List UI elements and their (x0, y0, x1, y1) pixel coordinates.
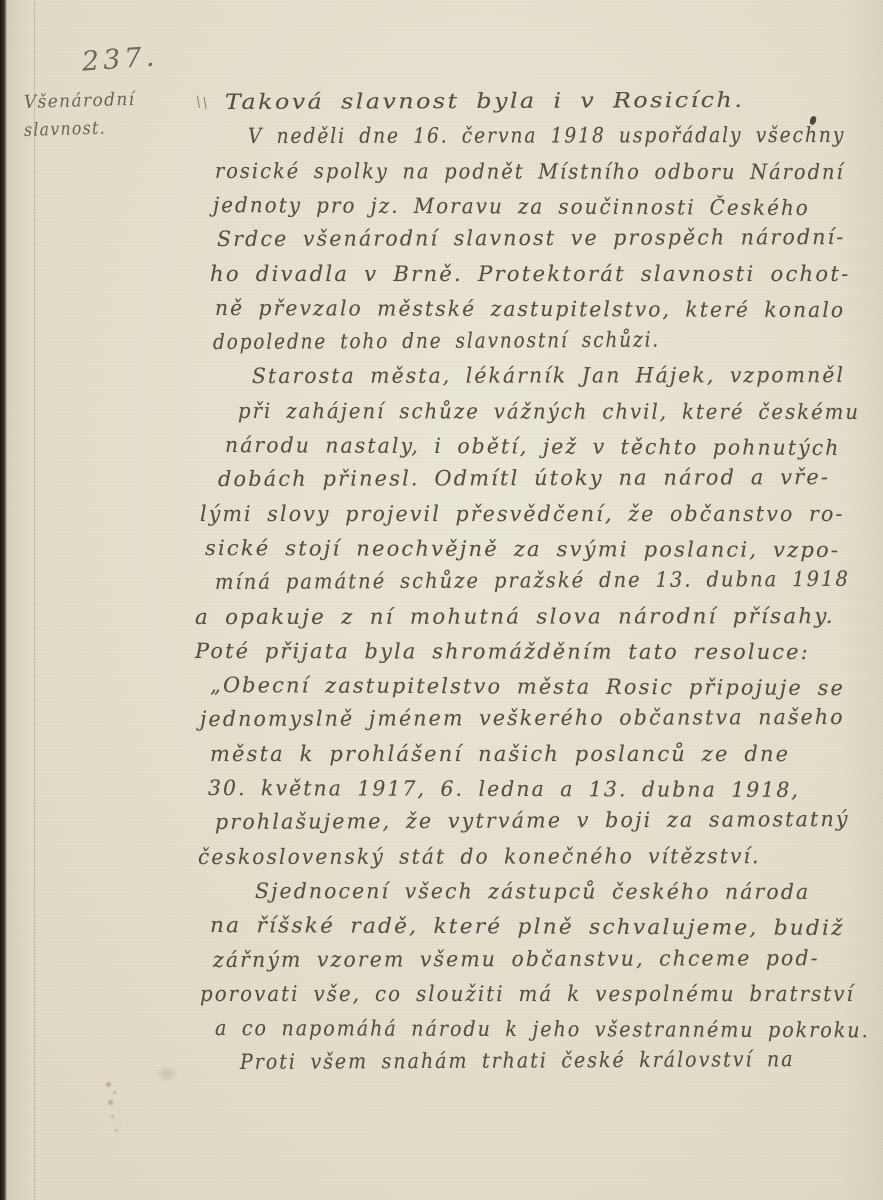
handwriting-line: Poté přijata byla shromážděním tato reso… (195, 639, 810, 670)
handwriting-line: 30. května 1917, 6. ledna a 13. dubna 19… (208, 776, 800, 808)
handwriting-line: při zahájení schůze vážných chvil, které… (238, 399, 860, 430)
page-edge-line (34, 0, 35, 1200)
binding-edge (0, 0, 7, 1200)
handwriting-line: československý stát do konečného vítězst… (198, 844, 761, 875)
handwriting-line: míná památné schůze pražské dne 13. dubn… (215, 567, 850, 600)
margin-note-line: slavnost. (24, 118, 106, 141)
handwriting-line: národu nastaly, i obětí, jež v těchto po… (225, 433, 841, 466)
handwriting-line: dopoledne toho dne slavnostní schůzi. (213, 328, 660, 360)
handwriting-line: „Obecní zastupitelstvo města Rosic připo… (210, 673, 845, 706)
handwriting-line: a opakuje z ní mohutná slova národní pří… (195, 604, 835, 635)
handwriting-line: a co napomáhá národu k jeho všestrannému… (215, 1016, 870, 1048)
page-number: 237. (81, 41, 159, 77)
handwriting-line: lými slovy projevil přesvědčení, že obča… (200, 502, 845, 532)
handwriting-line: ho divadla v Brně. Protektorát slavnosti… (210, 262, 850, 292)
handwriting-line: porovati vše, co sloužiti má k vespolném… (200, 982, 855, 1012)
handwriting-line: Starosta města, lékárník Jan Hájek, vzpo… (252, 363, 845, 394)
handwriting-line: Taková slavnost byla i v Rosicích. (225, 88, 745, 120)
handwriting-line: Srdce všenárodní slavnost ve prospěch ná… (217, 225, 846, 257)
handwriting-line: Sjednocení všech zástupců českého národa (255, 879, 810, 910)
handwriting-line: města k prohlášení našich poslanců ze dn… (210, 742, 790, 772)
handwriting-line: V neděli dne 16. června 1918 uspořádaly … (248, 123, 845, 154)
handwriting-line: na říšské radě, které plně schvalujeme, … (210, 913, 845, 946)
handwriting-line: jednoty pro jz. Moravu za součinnosti Če… (213, 193, 810, 226)
handwriting-line: ně převzalo městské zastupitelstvo, kter… (215, 296, 845, 328)
stain (106, 1082, 111, 1087)
handwriting-line: jednomyslně jménem veškerého občanstva n… (200, 705, 845, 737)
handwriting-line: prohlašujeme, že vytrváme v boji za samo… (215, 807, 850, 840)
handwriting-line: dobách přinesl. Odmítl útoky na národ a … (218, 465, 830, 497)
handwriting-line: sické stojí neochvějně za svými poslanci… (205, 536, 840, 568)
manuscript-page: 237. Všenárodníslavnost. \\ Taková slavn… (0, 0, 883, 1200)
handwriting-line: zářným vzorem všemu občanstvu, chceme po… (213, 946, 820, 978)
smudge (156, 1066, 178, 1082)
insertion-marks: \\ (195, 94, 211, 112)
margin-note-line: Všenárodní (24, 89, 136, 113)
handwriting-line: Proti všem snahám trhati české královstv… (240, 1048, 795, 1081)
handwriting-line: rosické spolky na podnět Místního odboru… (215, 159, 845, 190)
